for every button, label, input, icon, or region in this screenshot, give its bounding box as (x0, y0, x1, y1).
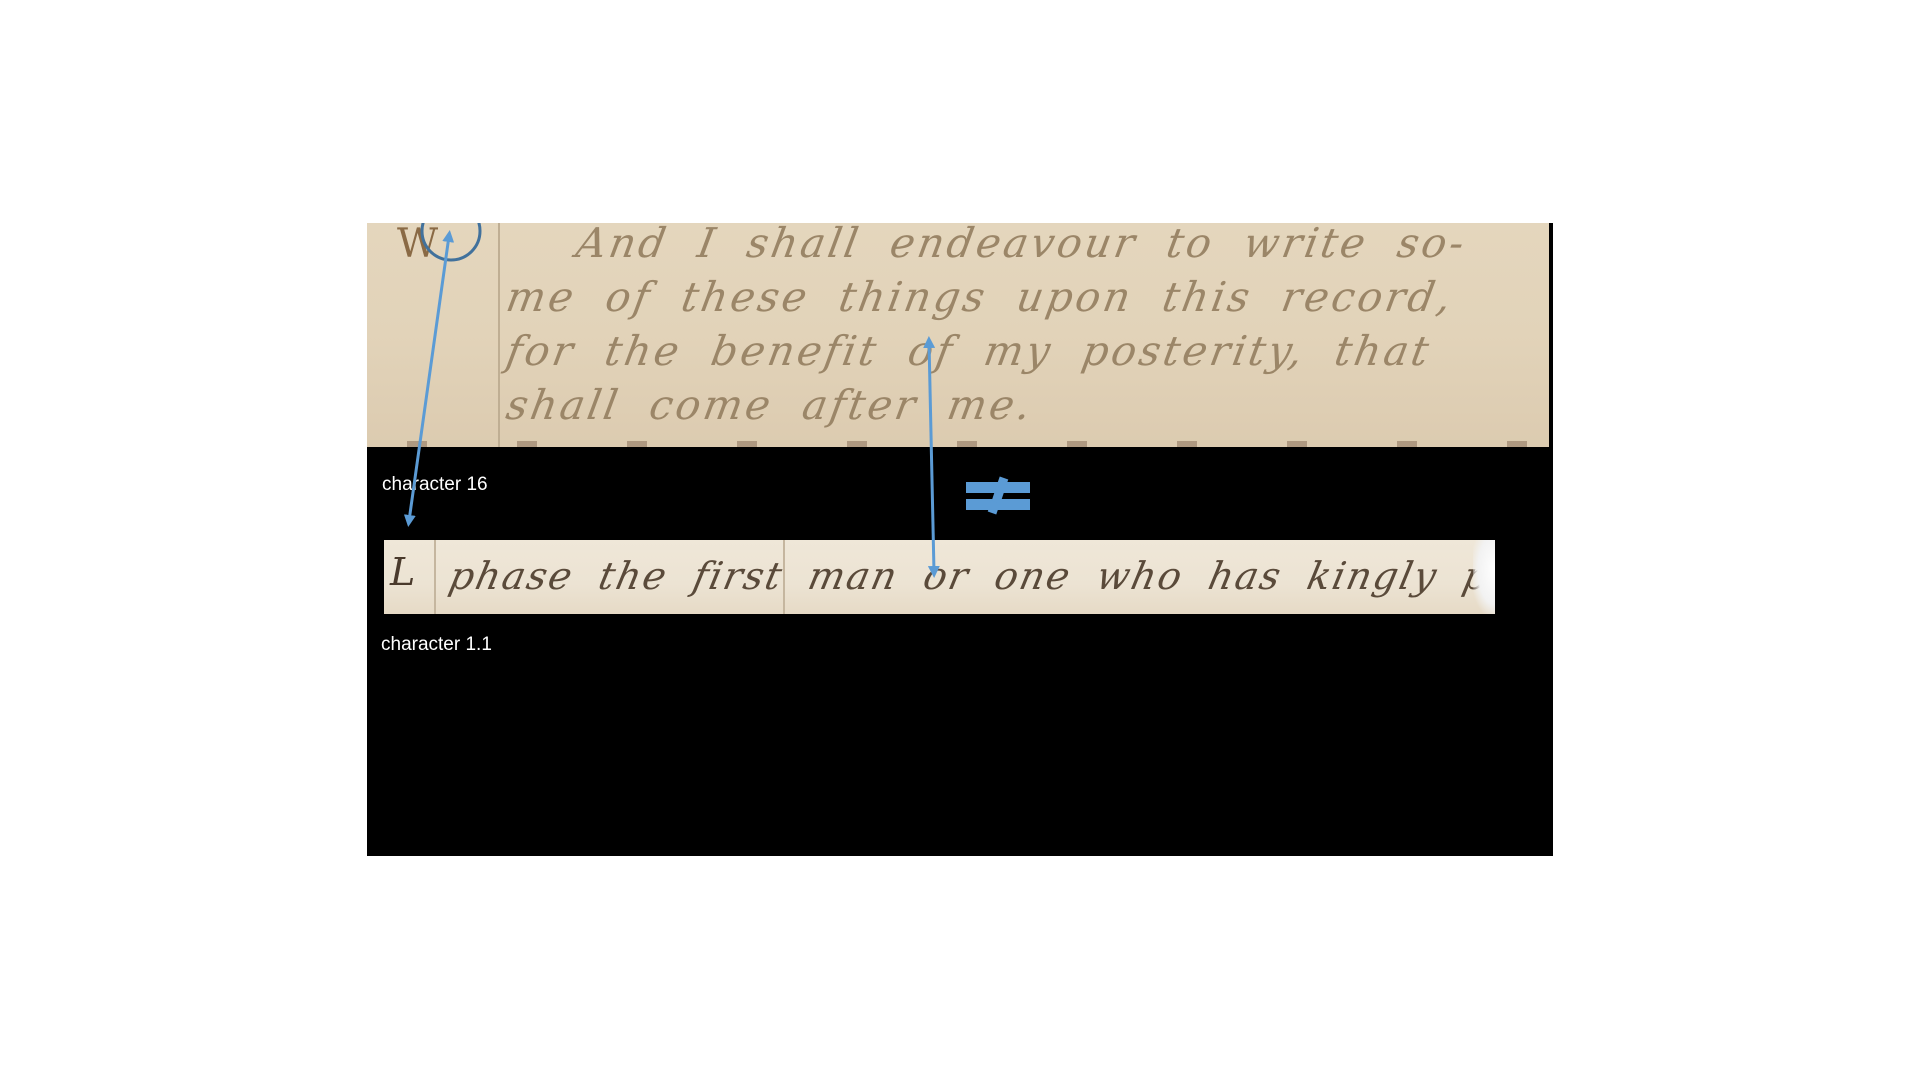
manuscript-line: phase the first man or one who has kingl… (445, 554, 1495, 598)
manuscript-line: for the benefit of my posterity, that (503, 327, 1436, 375)
margin-mark: W (397, 223, 432, 267)
slide: W And I shall endeavour to write so- me … (0, 0, 1920, 1080)
label-character-16: character 16 (382, 474, 488, 496)
margin-rule (498, 223, 500, 447)
manuscript-image-bottom: L phase the first man or one who has kin… (384, 540, 1495, 614)
manuscript-line: And I shall endeavour to write so- (573, 223, 1471, 267)
label-character-1-1: character 1.1 (381, 634, 492, 656)
manuscript-line: shall come after me. (503, 381, 1038, 429)
page-curl (1473, 540, 1495, 614)
manuscript-line: me of these things upon this record, (503, 273, 1458, 321)
margin-mark: L (390, 550, 415, 594)
margin-rule (434, 540, 436, 614)
next-line-fragments (367, 441, 1549, 447)
manuscript-image-top: W And I shall endeavour to write so- me … (367, 223, 1549, 447)
